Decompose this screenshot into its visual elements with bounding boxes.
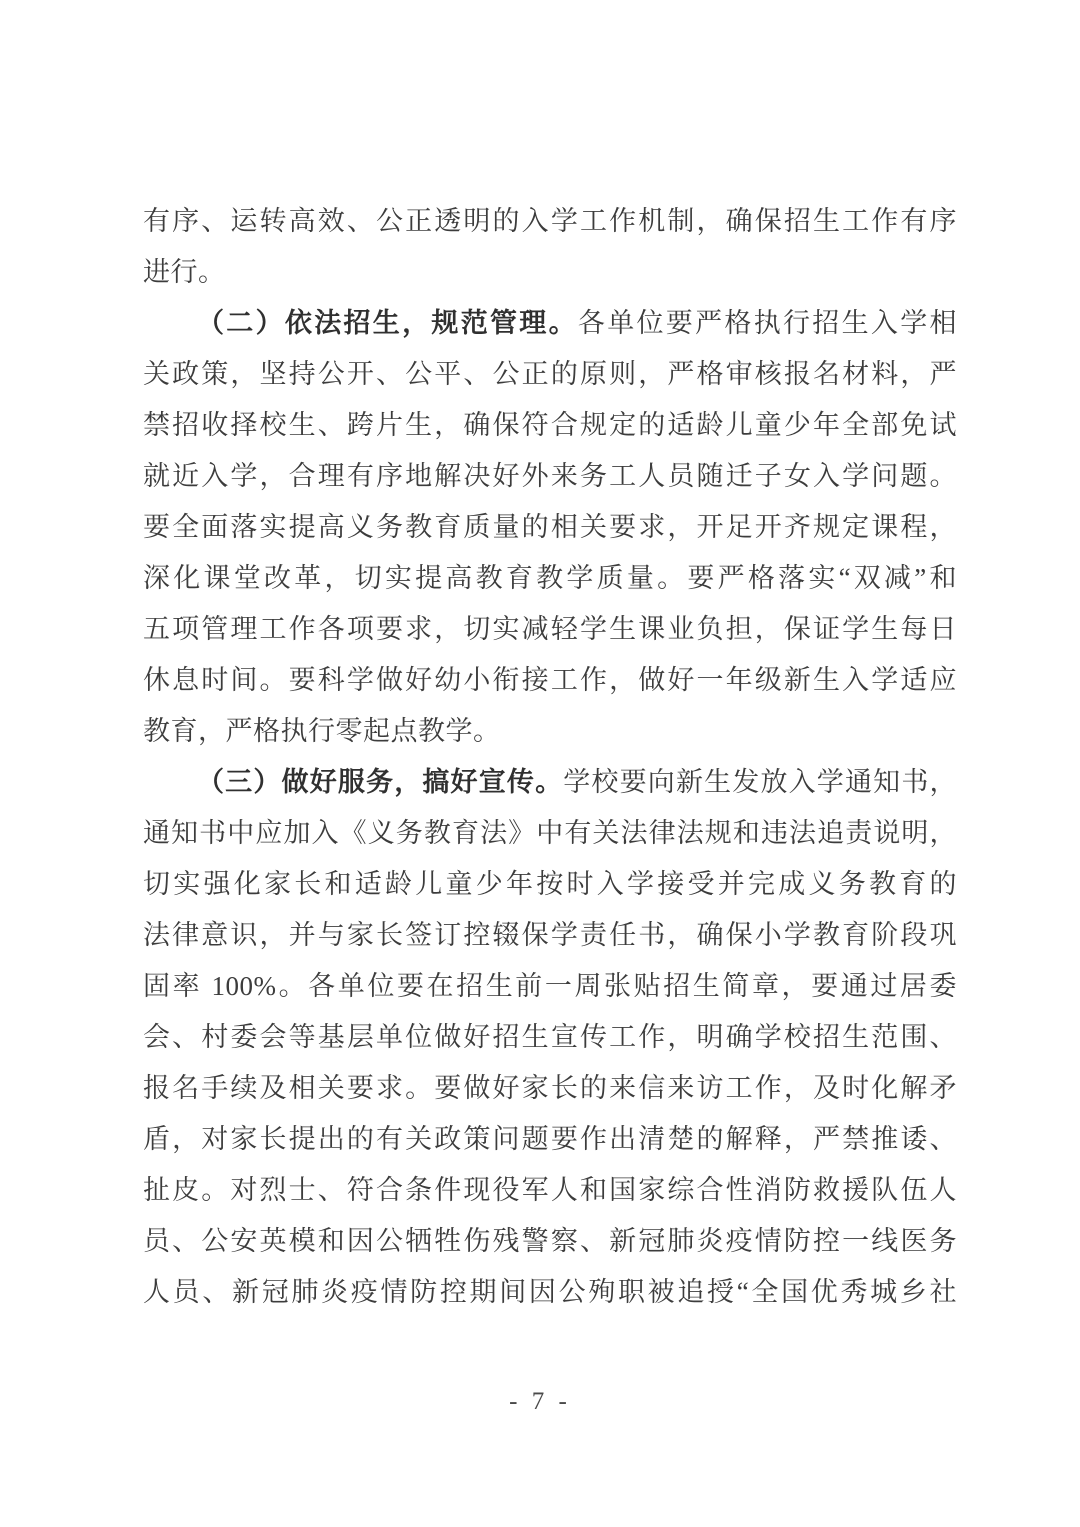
text-line: 盾，对家长提出的有关政策问题要作出清楚的解释，严禁推诿、 bbox=[143, 1114, 957, 1165]
text-line: 五项管理工作各项要求，切实减轻学生课业负担，保证学生每日 bbox=[143, 604, 957, 655]
body-text: 人员、新冠肺炎疫情防控期间因公殉职被追授“全国优秀城乡社 bbox=[143, 1277, 957, 1307]
text-line: 教育，严格执行零起点教学。 bbox=[143, 706, 957, 757]
text-line: 深化课堂改革，切实提高教育教学质量。要严格落实“双减”和 bbox=[143, 553, 957, 604]
body-text: 要全面落实提高义务教育质量的相关要求，开足开齐规定课程， bbox=[143, 512, 957, 542]
body-text: 员、公安英模和因公牺牲伤残警察、新冠肺炎疫情防控一线医务 bbox=[143, 1226, 957, 1256]
text-line: （二）依法招生，规范管理。各单位要严格执行招生入学相 bbox=[143, 298, 957, 349]
text-line: 固率 100%。各单位要在招生前一周张贴招生简章，要通过居委 bbox=[143, 961, 957, 1012]
page-footer: - 7 - bbox=[0, 1388, 1080, 1416]
body-text: 通知书中应加入《义务教育法》中有关法律法规和违法追责说明， bbox=[143, 818, 957, 848]
text-line: 通知书中应加入《义务教育法》中有关法律法规和违法追责说明， bbox=[143, 808, 957, 859]
body-text: 五项管理工作各项要求，切实减轻学生课业负担，保证学生每日 bbox=[143, 614, 957, 644]
body-text: 切实强化家长和适龄儿童少年按时入学接受并完成义务教育的 bbox=[143, 869, 957, 899]
text-line: 报名手续及相关要求。要做好家长的来信来访工作，及时化解矛 bbox=[143, 1063, 957, 1114]
body-text: 休息时间。要科学做好幼小衔接工作，做好一年级新生入学适应 bbox=[143, 665, 957, 695]
body-text: 固率 100%。各单位要在招生前一周张贴招生简章，要通过居委 bbox=[143, 971, 957, 1001]
body-text: 有序、运转高效、公正透明的入学工作机制，确保招生工作有序 bbox=[143, 206, 957, 236]
text-line: 休息时间。要科学做好幼小衔接工作，做好一年级新生入学适应 bbox=[143, 655, 957, 706]
body-text: 法律意识，并与家长签订控辍保学责任书，确保小学教育阶段巩 bbox=[143, 920, 957, 950]
page-number: - 7 - bbox=[509, 1388, 571, 1416]
text-line: 有序、运转高效、公正透明的入学工作机制，确保招生工作有序 bbox=[143, 196, 957, 247]
body-text: 扯皮。对烈士、符合条件现役军人和国家综合性消防救援队伍人 bbox=[143, 1175, 957, 1205]
body-text: 报名手续及相关要求。要做好家长的来信来访工作，及时化解矛 bbox=[143, 1073, 957, 1103]
section-heading: （三）做好服务，搞好宣传。 bbox=[197, 767, 563, 797]
text-line: 会、村委会等基层单位做好招生宣传工作，明确学校招生范围、 bbox=[143, 1012, 957, 1063]
text-line: 进行。 bbox=[143, 247, 957, 298]
body-text: 盾，对家长提出的有关政策问题要作出清楚的解释，严禁推诿、 bbox=[143, 1124, 957, 1154]
text-line: 人员、新冠肺炎疫情防控期间因公殉职被追授“全国优秀城乡社 bbox=[143, 1267, 957, 1318]
text-line: 关政策，坚持公开、公平、公正的原则，严格审核报名材料，严 bbox=[143, 349, 957, 400]
body-text: 各单位要严格执行招生入学相 bbox=[578, 308, 957, 338]
text-line: 就近入学，合理有序地解决好外来务工人员随迁子女入学问题。 bbox=[143, 451, 957, 502]
text-line: 法律意识，并与家长签订控辍保学责任书，确保小学教育阶段巩 bbox=[143, 910, 957, 961]
text-line: （三）做好服务，搞好宣传。学校要向新生发放入学通知书， bbox=[143, 757, 957, 808]
body-text: 深化课堂改革，切实提高教育教学质量。要严格落实“双减”和 bbox=[143, 563, 957, 593]
text-line: 切实强化家长和适龄儿童少年按时入学接受并完成义务教育的 bbox=[143, 859, 957, 910]
body-text: 就近入学，合理有序地解决好外来务工人员随迁子女入学问题。 bbox=[143, 461, 957, 491]
text-line: 员、公安英模和因公牺牲伤残警察、新冠肺炎疫情防控一线医务 bbox=[143, 1216, 957, 1267]
body-text: 教育，严格执行零起点教学。 bbox=[143, 716, 501, 746]
body-text: 会、村委会等基层单位做好招生宣传工作，明确学校招生范围、 bbox=[143, 1022, 957, 1052]
text-line: 扯皮。对烈士、符合条件现役军人和国家综合性消防救援队伍人 bbox=[143, 1165, 957, 1216]
section-heading: （二）依法招生，规范管理。 bbox=[197, 308, 578, 338]
text-line: 禁招收择校生、跨片生，确保符合规定的适龄儿童少年全部免试 bbox=[143, 400, 957, 451]
document-page: 有序、运转高效、公正透明的入学工作机制，确保招生工作有序进行。（二）依法招生，规… bbox=[0, 0, 1080, 1527]
document-lines: 有序、运转高效、公正透明的入学工作机制，确保招生工作有序进行。（二）依法招生，规… bbox=[143, 196, 957, 1318]
text-line: 要全面落实提高义务教育质量的相关要求，开足开齐规定课程， bbox=[143, 502, 957, 553]
body-text: 禁招收择校生、跨片生，确保符合规定的适龄儿童少年全部免试 bbox=[143, 410, 957, 440]
body-text: 学校要向新生发放入学通知书， bbox=[563, 767, 957, 797]
body-text: 关政策，坚持公开、公平、公正的原则，严格审核报名材料，严 bbox=[143, 359, 957, 389]
body-text: 进行。 bbox=[143, 257, 226, 287]
